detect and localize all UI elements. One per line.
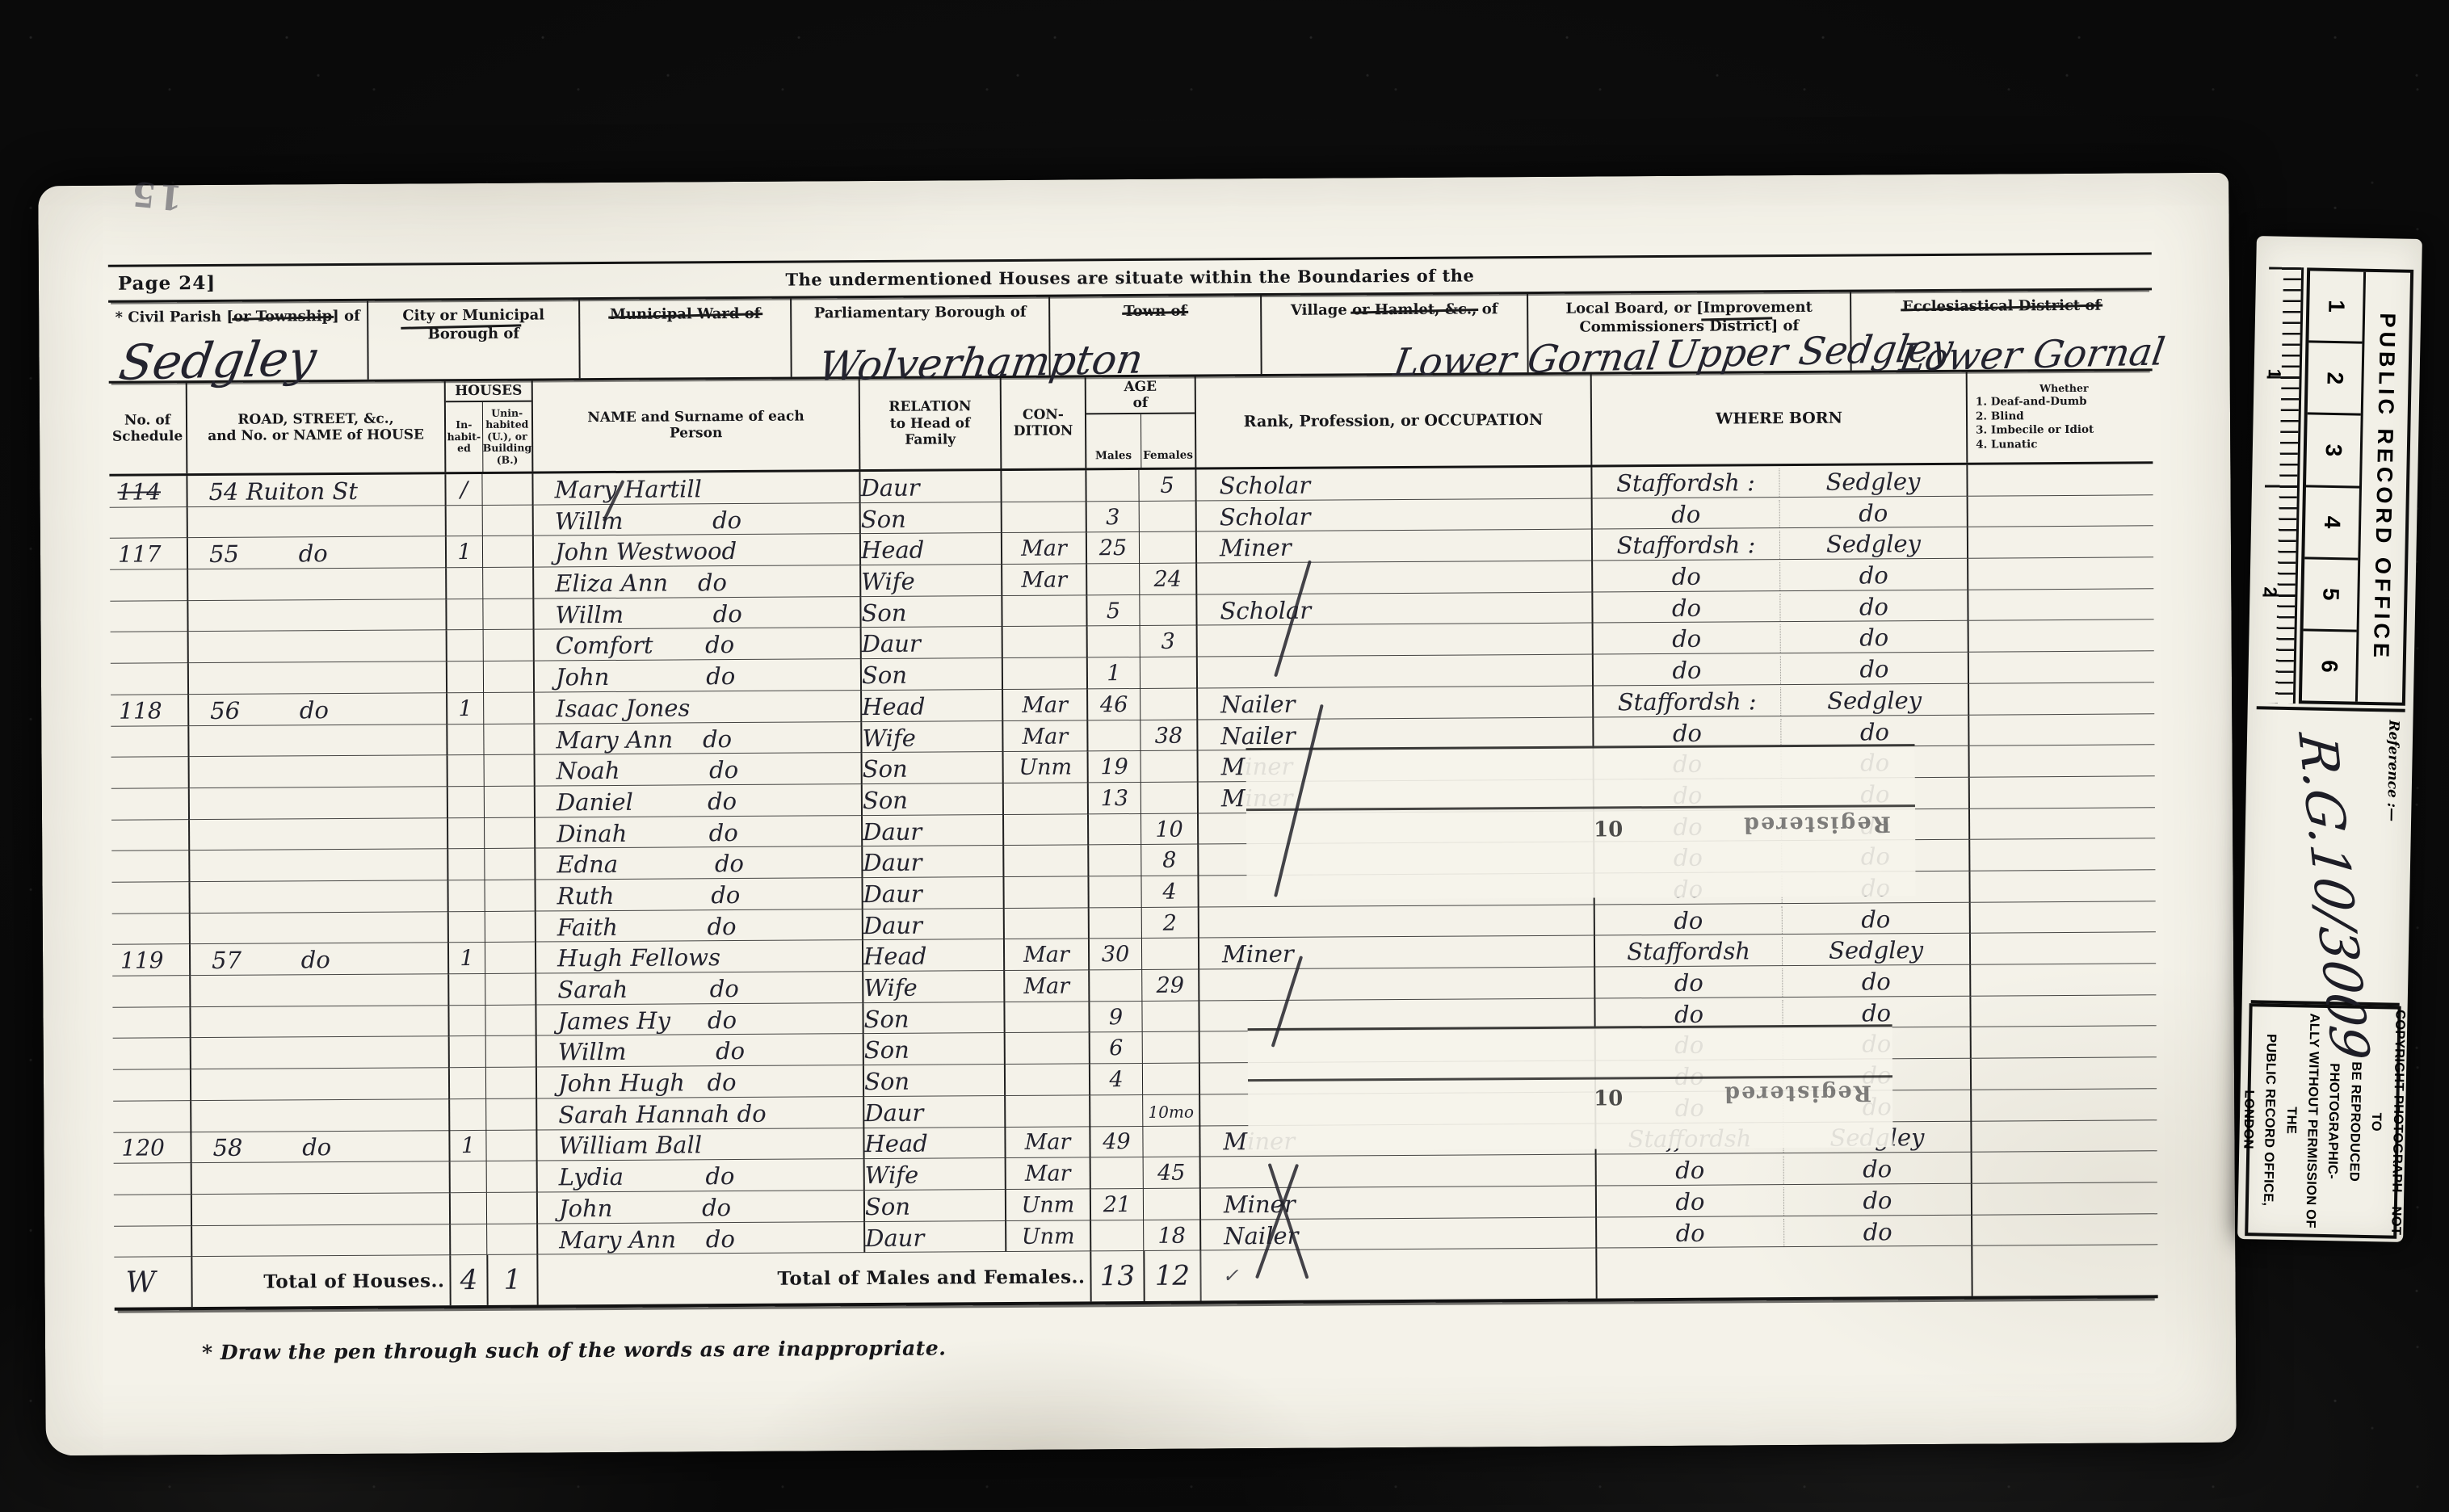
district-label-segment: Parliamentary Borough of [814, 304, 1027, 322]
cell-sch [111, 757, 188, 788]
slip-number: 10 [1594, 1086, 1623, 1111]
cell-rel: Wife [862, 971, 1003, 1003]
cell-uninh [482, 536, 532, 568]
ecclesiastical-district-value: Lower Gornal [1897, 330, 2168, 380]
cell-inh: 1 [445, 536, 482, 568]
cell-m [1090, 1157, 1143, 1189]
born-value: do [1595, 906, 1782, 935]
census-sheet: 15 Page 24] The undermentioned Houses ar… [38, 173, 2237, 1456]
table-header: No. of Schedule ROAD, STREET, &c., and N… [109, 371, 2153, 476]
cell-born: dodo [1595, 1215, 1971, 1249]
cell-name: Lydia do [536, 1159, 863, 1192]
cell-uninh [484, 786, 534, 817]
col-uninhabited: Unin- habited (U.), or Building (B.) [481, 402, 531, 472]
cell-rel: Son [863, 1190, 1005, 1222]
cell-inh [447, 912, 485, 943]
cell-name: John Westwood [532, 534, 859, 567]
cell-m [1087, 845, 1140, 876]
born-value: do [1595, 968, 1782, 997]
col-houses: HOUSES [446, 381, 531, 403]
cell-cond [1004, 1095, 1089, 1128]
cell-uninh [484, 880, 534, 911]
born-value: Sedgley [1779, 468, 1966, 497]
cell-inf [1970, 1120, 2157, 1153]
col-females: Females [1140, 414, 1195, 468]
cell-road [190, 1068, 448, 1101]
cell-cond: Mar [1003, 939, 1088, 971]
cell-m: 13 [1087, 783, 1140, 814]
cell-name: Comfort do [533, 628, 860, 661]
cell-rel: Wife [863, 1158, 1005, 1191]
cell-m: 49 [1089, 1126, 1142, 1157]
cell-occ: Miner [1198, 936, 1594, 970]
cell-inf [1969, 995, 2156, 1027]
cell-name: Mary Hartill [531, 472, 859, 505]
cell-f [1140, 688, 1196, 720]
born-value: do [1593, 594, 1779, 623]
cell-inh [447, 755, 484, 787]
cell-born: dodo [1595, 1184, 1971, 1218]
cell-f: 45 [1143, 1157, 1199, 1189]
cell-sch [111, 850, 188, 882]
born-value: do [1594, 656, 1780, 685]
ruler: 1 2 [2257, 267, 2304, 703]
col-males: Males [1086, 414, 1140, 468]
cell-name: Dinah do [534, 816, 861, 849]
cell-cond [1002, 783, 1087, 814]
cell-m [1085, 470, 1138, 502]
cell-name: John do [536, 1191, 863, 1224]
cell-inf [1968, 620, 2154, 653]
cell-inh: 1 [448, 1130, 485, 1161]
cell-f: 5 [1138, 470, 1195, 502]
cell-sch [112, 913, 189, 945]
cell-inh [449, 1161, 486, 1193]
cell-inh: 1 [446, 693, 483, 724]
cell-cond [1004, 1033, 1089, 1065]
district-label-segment: Municipal Ward of [610, 305, 761, 323]
cell-inf [1969, 933, 2156, 965]
cell-sch [110, 569, 187, 601]
reference-label: Reference :— [2384, 720, 2401, 821]
cell-inh [446, 661, 483, 693]
col-where-born: WHERE BORN [1590, 372, 1967, 465]
born-value: do [1594, 625, 1780, 654]
cell-inh [449, 1224, 486, 1255]
parliamentary-borough-value: Wolverhampton [816, 335, 1147, 389]
cell-uninh [486, 1161, 536, 1193]
born-value: do [1780, 624, 1968, 653]
scale-number: 4 [2304, 485, 2359, 557]
cell-f: 10 [1140, 813, 1197, 845]
cell-inf [1968, 776, 2155, 808]
cell-m: 6 [1089, 1032, 1142, 1064]
scale-number: 6 [2302, 628, 2357, 701]
totals-left-mark: W [114, 1257, 191, 1308]
cell-uninh [485, 943, 535, 974]
cell-name: Mary Ann do [533, 722, 860, 755]
cell-occ: Miner [1199, 1186, 1595, 1220]
cell-inf [1968, 651, 2154, 683]
age-value: 10mo [1148, 1102, 1194, 1121]
born-value: do [1782, 968, 1969, 997]
cell-cond: Mar [1005, 1157, 1090, 1189]
cell-m: 4 [1089, 1064, 1142, 1095]
cell-rel: Daur [863, 1221, 1005, 1254]
cell-m [1089, 1095, 1142, 1127]
born-value: do [1780, 717, 1968, 746]
total-females-value: 12 [1143, 1251, 1199, 1301]
cell-cond: Mar [1001, 564, 1086, 595]
cell-road [188, 818, 447, 851]
cell-inh [446, 724, 483, 755]
district-label-segment: or Hamlet, &c., [1352, 300, 1477, 318]
cell-cond: Unm [1005, 1189, 1090, 1220]
cell-road [190, 1037, 448, 1070]
scale-number: 1 [2308, 271, 2363, 341]
cell-f [1141, 939, 1198, 970]
cell-rel: Daur [861, 877, 1002, 909]
ruler-number: 1 [2264, 368, 2285, 379]
cell-f: 38 [1140, 720, 1196, 751]
cell-sch [111, 882, 188, 913]
cell-cond: Mar [1004, 1127, 1089, 1158]
born-value: do [1783, 1186, 1971, 1216]
cell-occ: Scholar [1195, 498, 1591, 532]
cell-m [1086, 720, 1140, 751]
cell-inh [445, 599, 482, 631]
born-value: do [1779, 561, 1967, 590]
cell-inf [1969, 901, 2156, 934]
col-houses-group: HOUSES In- habit- ed Unin- habited (U.),… [444, 381, 532, 472]
cell-occ: Scholar [1195, 468, 1590, 502]
cell-f [1139, 594, 1195, 626]
cell-name: Hugh Fellows [535, 940, 862, 973]
cell-inh [447, 818, 484, 850]
cell-inh [446, 630, 483, 661]
born-value: do [1779, 498, 1967, 527]
cell-rel: Son [863, 1033, 1004, 1065]
cell-f [1140, 782, 1197, 813]
cell-rel: Son [860, 658, 1002, 691]
cell-uninh [483, 724, 533, 755]
cell-inf [1971, 1214, 2157, 1246]
slip-reversed-text: Registered [1742, 811, 1891, 837]
cell-f: 29 [1141, 970, 1198, 1002]
cell-uninh [486, 1192, 536, 1224]
total-houses-value: 4 [449, 1255, 486, 1305]
cell-rel: Son [861, 752, 1002, 784]
cell-sch [114, 1226, 191, 1258]
cell-inh [447, 880, 484, 912]
cell-name: Willm do [536, 1034, 863, 1067]
cell-occ [1196, 655, 1592, 689]
slip-rule [1246, 804, 1915, 811]
cell-cond [1003, 908, 1088, 939]
cell-cond [1002, 814, 1087, 846]
born-value: Staffordsh : [1594, 687, 1780, 716]
cell-inf [1970, 1089, 2157, 1121]
cell-road: 58 do [190, 1131, 448, 1164]
cell-cond [1002, 658, 1086, 690]
born-value: do [1593, 500, 1779, 529]
col-infirmity: Whether 1. Deaf-and-Dumb 2. Blind 3. Imb… [1966, 371, 2153, 462]
census-rows: 10 Registered 10 Registered 11454 Ruiton… [109, 464, 2157, 1258]
cell-sch [111, 788, 188, 820]
cell-cond: Unm [1002, 752, 1087, 783]
form-headline: The undermentioned Houses are situate wi… [108, 261, 2152, 293]
cell-f: 8 [1140, 845, 1197, 876]
pencil-folio-mark: 15 [127, 173, 184, 217]
cell-rel: Head [860, 690, 1002, 722]
ruler-number: 2 [2259, 586, 2280, 597]
cell-uninh [482, 598, 532, 630]
cell-cond: Unm [1005, 1220, 1090, 1252]
cell-f [1139, 532, 1195, 564]
cell-rel: Daur [861, 846, 1002, 878]
cell-cond: Mar [1002, 689, 1086, 720]
cell-inf [1968, 745, 2155, 777]
cell-f [1139, 501, 1195, 532]
cell-sch [113, 1069, 190, 1101]
cell-uninh [482, 505, 532, 536]
cell-sch: 117 [110, 539, 187, 570]
cell-rel: Daur [863, 1096, 1004, 1128]
district-band: * Civil Parish [or Township] of City or … [108, 290, 2153, 383]
cell-name: William Ball [536, 1128, 863, 1161]
cell-f: 18 [1143, 1220, 1199, 1251]
cell-road [187, 506, 445, 539]
cell-born: dodo [1592, 653, 1968, 687]
total-houses-label: Total of Houses.. [191, 1255, 449, 1307]
cell-uninh [483, 630, 533, 661]
cell-name: James Hy do [535, 1003, 862, 1036]
cell-sch [111, 632, 187, 664]
cell-occ [1196, 624, 1592, 657]
cell-inf [1968, 839, 2155, 871]
cell-road [187, 599, 445, 632]
cell-road [189, 912, 447, 945]
born-value: Sedgley [1779, 530, 1967, 559]
cell-born: Staffordsh :Sedgley [1592, 684, 1968, 718]
cell-inh [448, 1036, 485, 1068]
district-label-segment: Village [1291, 301, 1352, 318]
cell-road [187, 568, 445, 601]
district-label-segment: ] of [332, 308, 360, 325]
cell-uninh [485, 1036, 536, 1068]
slip-number: 10 [1594, 817, 1623, 842]
village-value: Lower Gornal [1391, 334, 1662, 385]
born-value: do [1783, 1217, 1971, 1246]
totals-born-cell [1595, 1246, 1971, 1299]
cell-name: Edna do [534, 846, 861, 880]
born-value: do [1782, 998, 1969, 1027]
cell-occ: Scholar [1195, 592, 1591, 626]
totals-infirmity-cell [1971, 1245, 2157, 1296]
cell-road [188, 880, 447, 913]
cell-f [1141, 1001, 1198, 1032]
cell-cond [1002, 876, 1087, 908]
cell-rel: Daur [860, 627, 1002, 659]
cell-rel: Son [859, 502, 1001, 535]
cell-occ [1199, 1155, 1595, 1189]
cell-occ [1198, 905, 1594, 939]
cell-sch: 120 [113, 1132, 190, 1164]
cell-born: StaffordshSedgley [1594, 934, 1969, 968]
cell-cond: Mar [1001, 533, 1086, 565]
cell-road [187, 724, 446, 758]
cell-rel: Son [863, 1065, 1004, 1097]
cell-sch [113, 1039, 190, 1070]
cell-f [1142, 1032, 1199, 1064]
cell-inf [1967, 589, 2153, 621]
cell-road: 55 do [187, 537, 445, 570]
ruler-major-ticks [2261, 267, 2301, 703]
cell-road [187, 631, 446, 664]
cell-road [191, 1224, 449, 1258]
cell-inf [1967, 557, 2153, 590]
col-condition: CON- DITION [1000, 377, 1086, 468]
col-road: ROAD, STREET, &c., and No. or NAME of HO… [186, 381, 445, 473]
civil-parish-value: Sedgley [116, 330, 320, 392]
col-inhabited: In- habit- ed [446, 402, 482, 472]
copyright-notice: COPYRIGHT PHOTOGRAPH—NOT TO BE REPRODUCE… [2245, 1003, 2401, 1239]
cell-road [191, 1193, 449, 1226]
cell-uninh [484, 849, 534, 880]
cell-m [1086, 626, 1140, 657]
cell-road [189, 974, 447, 1007]
cell-inh: / [444, 474, 481, 506]
cell-rel: Head [863, 1127, 1004, 1159]
pro-reference-strip: PUBLIC RECORD OFFICE 123456 1 2 Referenc… [2237, 236, 2422, 1242]
district-label-segment: Local Board, or [ [1565, 300, 1703, 317]
cell-m [1090, 1220, 1143, 1251]
cell-inf [1968, 870, 2155, 902]
born-value: do [1593, 562, 1779, 591]
col-relation: RELATION to Head of Family [859, 378, 1001, 469]
cell-road [188, 849, 447, 882]
cell-m: 21 [1090, 1189, 1143, 1220]
cell-m [1087, 876, 1140, 908]
cell-sch [111, 820, 188, 851]
cell-inh [447, 974, 485, 1006]
district-label-segment: Town of [1124, 303, 1187, 320]
col-age-group: AGE of Males Females [1085, 377, 1195, 468]
cell-name: Isaac Jones [533, 691, 860, 724]
microfilm-background: 15 Page 24] The undermentioned Houses ar… [0, 0, 2449, 1512]
cell-uninh [485, 911, 535, 943]
cell-m: 46 [1086, 689, 1140, 720]
cell-occ [1195, 561, 1591, 595]
cell-name: Daniel do [534, 784, 861, 817]
total-uninhabited-mark: 1 [486, 1255, 536, 1305]
cell-m: 19 [1087, 751, 1140, 783]
born-value: do [1594, 719, 1780, 748]
cell-inf [1971, 1151, 2157, 1183]
cell-inf [1967, 495, 2153, 527]
cell-cond [1003, 1002, 1088, 1033]
cell-road [188, 787, 447, 820]
born-value: do [1597, 1156, 1783, 1185]
cell-inf [1968, 808, 2155, 840]
born-value: Sedgley [1782, 936, 1969, 965]
col-name: NAME and Surname of each Person [531, 379, 859, 471]
cell-born: Staffordsh :Sedgley [1591, 527, 1967, 561]
cell-sch [111, 726, 187, 758]
born-value: Staffordsh : [1593, 531, 1779, 561]
cell-m: 5 [1086, 595, 1139, 627]
cell-f [1143, 1188, 1199, 1220]
pro-header-box: PUBLIC RECORD OFFICE 123456 [2299, 267, 2413, 705]
cell-road: 57 do [189, 943, 447, 976]
pro-office-title: PUBLIC RECORD OFFICE [2355, 272, 2410, 703]
born-value: do [1780, 655, 1968, 684]
cell-sch [113, 1101, 190, 1133]
cell-m [1088, 970, 1141, 1002]
cell-born: dodo [1592, 621, 1968, 655]
cell-rel: Head [859, 533, 1001, 565]
col-schedule: No. of Schedule [109, 383, 187, 474]
cell-occ: Miner [1195, 530, 1591, 564]
cell-m [1086, 564, 1139, 595]
cell-cond [1001, 595, 1086, 627]
cell-name: John do [533, 659, 860, 692]
cell-uninh [485, 1098, 536, 1130]
cell-inh [448, 1068, 485, 1099]
slip-reversed-text: Registered [1723, 1080, 1871, 1106]
cell-rel: Daur [859, 471, 1000, 503]
cell-uninh [483, 661, 533, 693]
district-label-segment: * Civil Parish [ [116, 309, 233, 326]
schedule-number-struck: 114 [117, 478, 161, 505]
cell-uninh [484, 755, 534, 787]
cell-rel: Son [859, 596, 1001, 628]
cell-inf [1967, 527, 2153, 559]
cell-road: 54 Ruiton St [186, 474, 444, 507]
cell-name: Ruth do [534, 878, 861, 911]
cell-name: Eliza Ann do [532, 565, 859, 598]
cell-born: dodo [1594, 965, 1969, 999]
cell-rel: Son [862, 1002, 1003, 1035]
pasted-slip-upper: 10 Registered [1246, 744, 1916, 900]
cell-sch [111, 663, 187, 695]
born-value: do [1597, 1219, 1783, 1248]
reference-box: Reference :— R.G.10/3009 [2251, 706, 2405, 1006]
cell-road: 56 do [187, 693, 446, 726]
cell-sch: 114 [109, 476, 186, 507]
cell-inf [1968, 714, 2154, 746]
cell-f: 4 [1140, 876, 1197, 907]
cell-m: 30 [1088, 939, 1141, 970]
cell-sch [114, 1163, 191, 1195]
cell-uninh [482, 568, 532, 599]
cell-born: dodo [1591, 496, 1967, 530]
cell-inh [448, 1099, 485, 1131]
cell-inh [447, 1006, 485, 1037]
cell-rel: Daur [861, 815, 1002, 847]
form-footnote: * Draw the pen through such of the words… [115, 1329, 2158, 1364]
cell-inh [447, 787, 484, 818]
cell-f: 3 [1140, 626, 1196, 657]
cell-uninh [483, 692, 533, 724]
cell-name: Noah do [534, 753, 861, 786]
scale-number: 5 [2304, 556, 2359, 629]
cell-inf [1971, 1182, 2157, 1215]
cell-rel: Son [861, 783, 1002, 816]
cell-sch [110, 507, 187, 539]
cell-road [191, 1161, 449, 1195]
pro-strip-rotated: PUBLIC RECORD OFFICE 123456 1 2 Referenc… [2237, 236, 2422, 1242]
